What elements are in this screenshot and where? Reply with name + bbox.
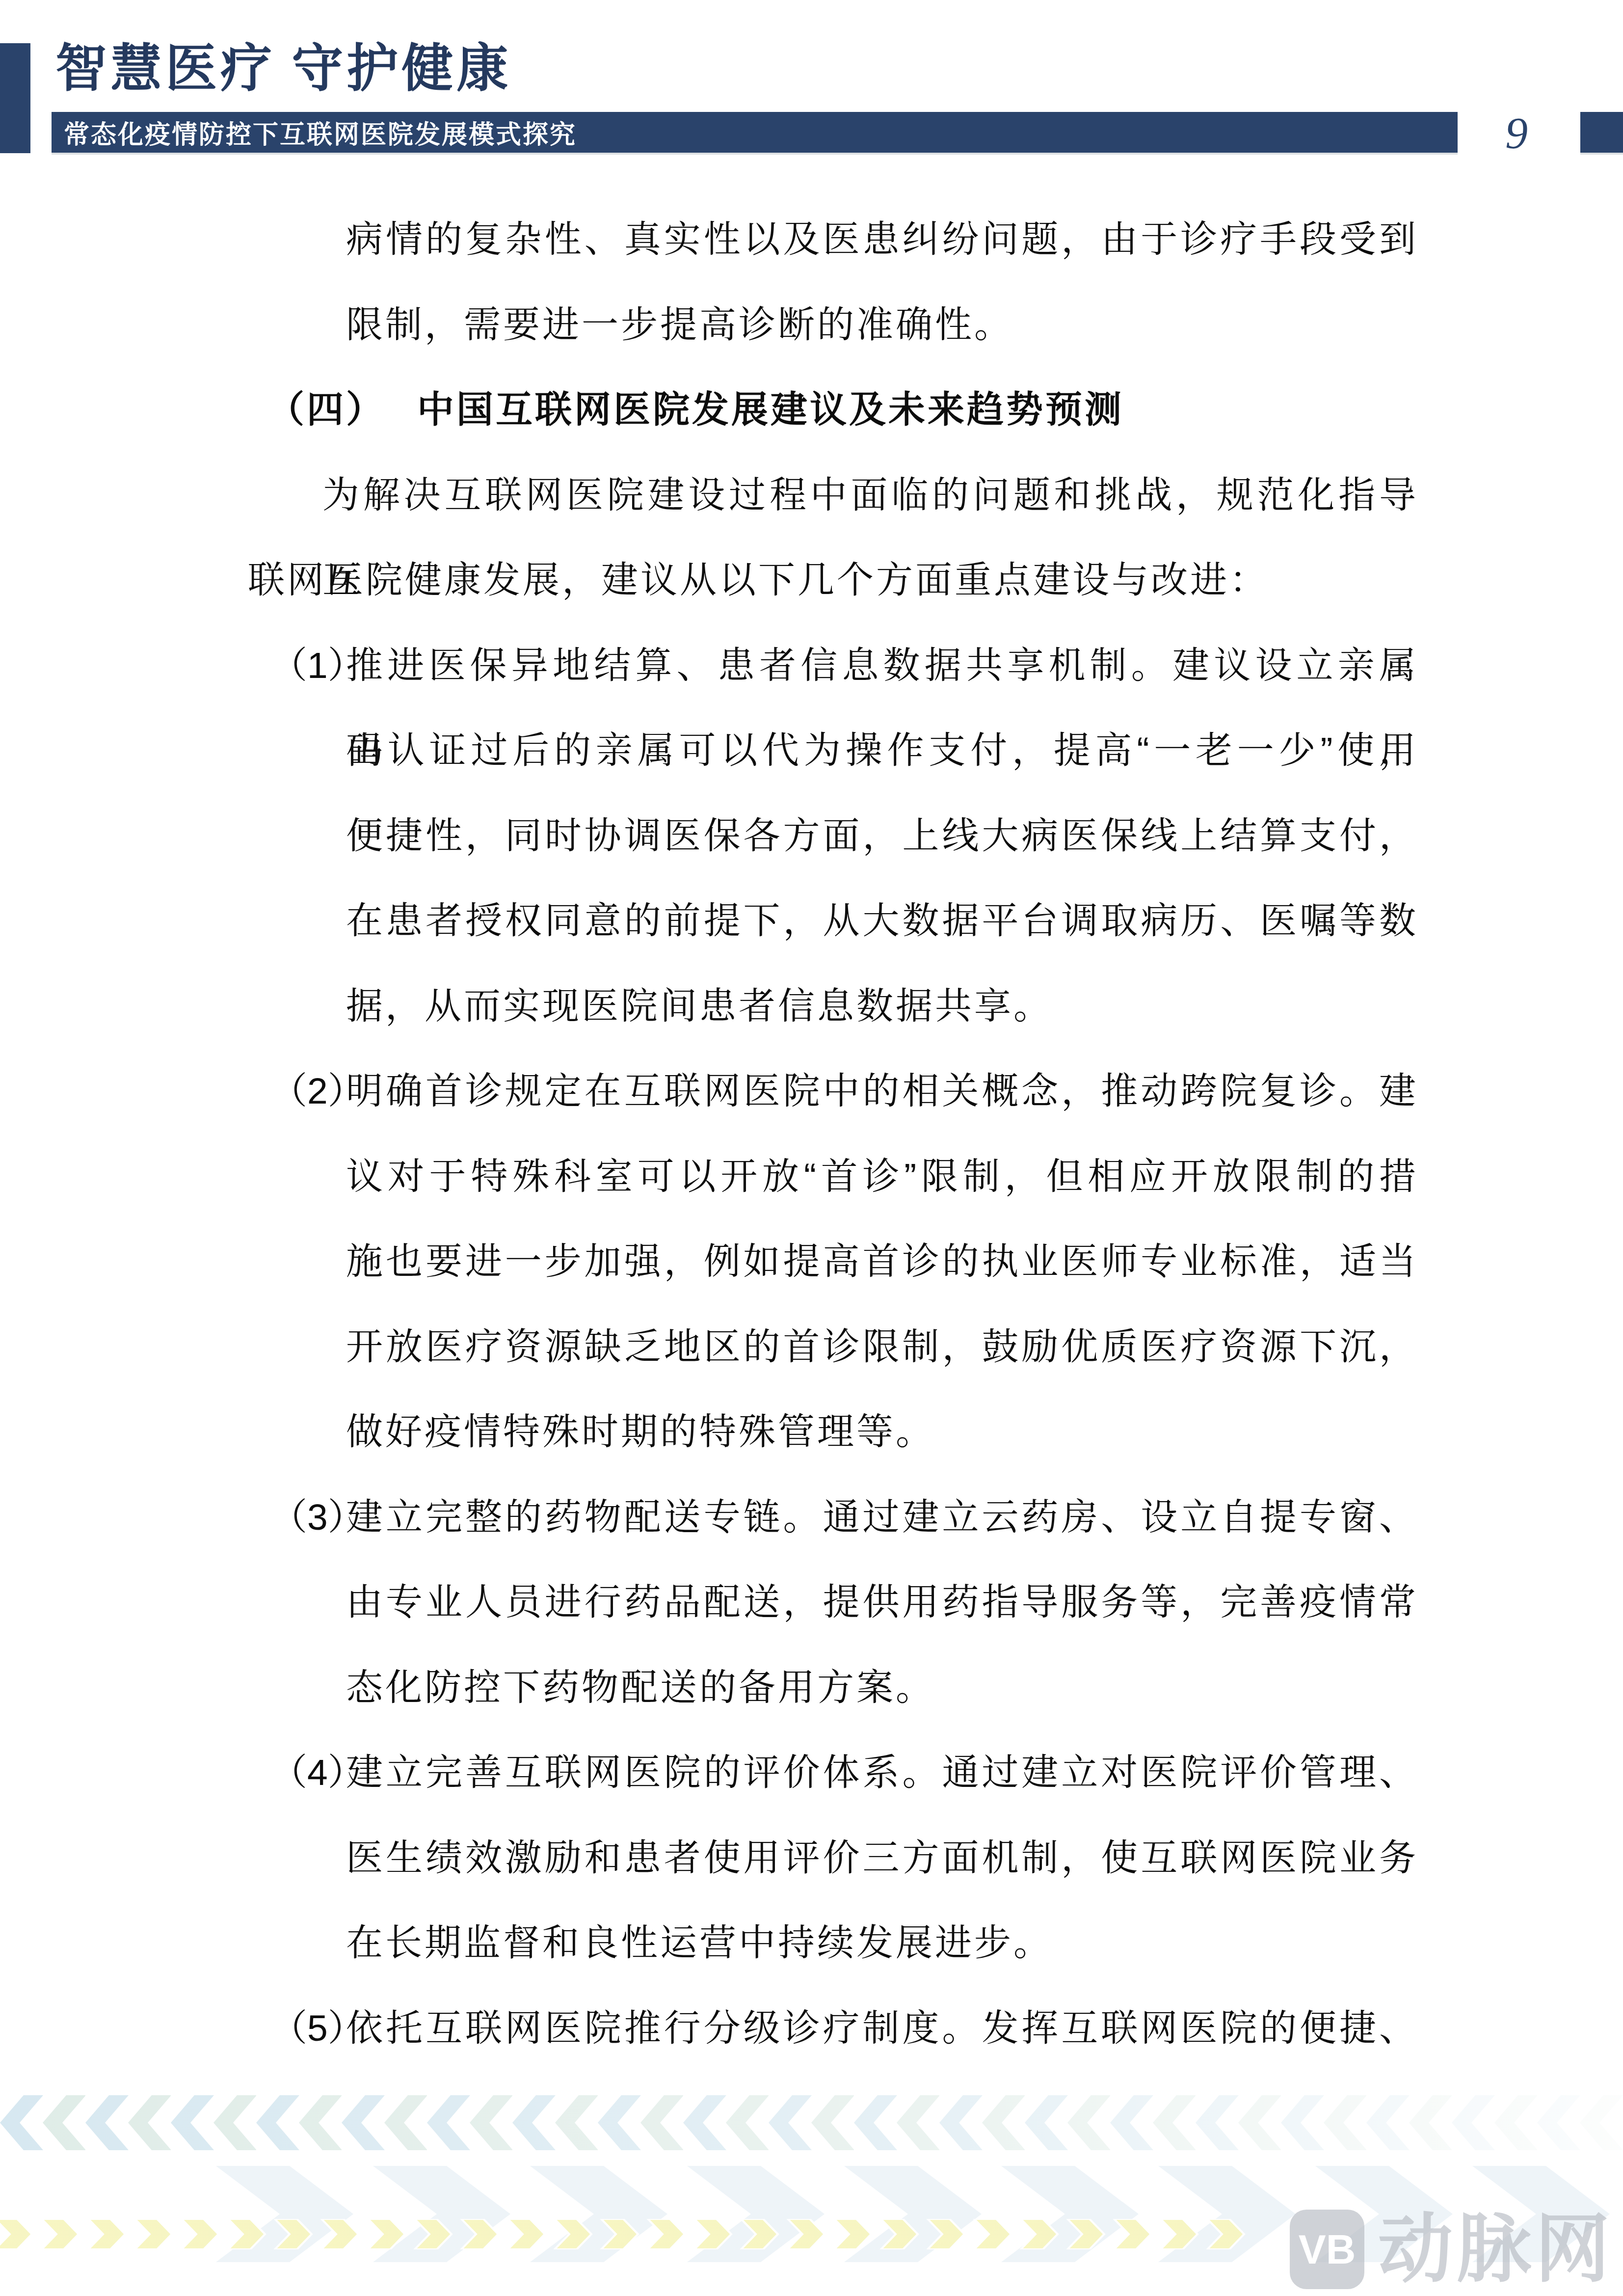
body-line: 医生绩效激励和患者使用评价三方面机制，使互联网医院业务 [248,1815,1418,1901]
header-right-block [1580,112,1623,153]
list-item-marker: （1） [270,623,365,708]
list-item: （5） 依托互联网医院推行分级诊疗制度。发挥互联网医院的便捷、 [248,1986,1418,2071]
list-item-text: 建立完整的药物配送专链。通过建立云药房、设立自提专窗、 [346,1475,1418,1560]
body-line: 限制，需要进一步提高诊断的准确性。 [248,282,1418,368]
watermark-text: 动脉网 [1378,2210,1614,2289]
list-item-marker: （4） [270,1730,365,1815]
section-heading-text: 中国互联网医院发展建议及未来趋势预测 [417,367,1124,453]
list-item: （2） 明确首诊规定在互联网医院中的相关概念，推动跨院复诊。建 [248,1049,1418,1134]
body-line: 便捷性，同时协调医保各方面，上线大病医保线上结算支付， [248,793,1418,879]
list-item: （4） 建立完善互联网医院的评价体系。通过建立对医院评价管理、 [248,1730,1418,1815]
footer-chevron-band-top [0,2095,1623,2150]
body-line: 施也要进一步加强，例如提高首诊的执业医师专业标准，适当 [248,1219,1418,1304]
page-number: 9 [1492,111,1541,155]
list-item: （1） 推进医保异地结算、患者信息数据共享机制。建议设立亲属码， [248,623,1418,708]
body-line: 在患者授权同意的前提下，从大数据平台调取病历、医嘱等数 [248,878,1418,964]
section-heading-marker: （四） [267,367,385,453]
body-line: 开放医疗资源缺乏地区的首诊限制，鼓励优质医疗资源下沉， [248,1304,1418,1390]
list-item-text: 推进医保异地结算、患者信息数据共享机制。建议设立亲属码， [346,623,1418,793]
list-item-marker: （3） [270,1475,365,1560]
list-item-marker: （2） [270,1049,365,1134]
page-title: 智慧医疗 守护健康 [55,42,511,95]
subtitle-bar: 常态化疫情防控下互联网医院发展模式探究 [52,112,1458,153]
header-accent-bar [0,43,30,153]
body-line: 态化防控下药物配送的备用方案。 [248,1645,1418,1730]
list-item-text: 明确首诊规定在互联网医院中的相关概念，推动跨院复诊。建 [346,1049,1418,1134]
body-line: 做好疫情特殊时期的特殊管理等。 [248,1389,1418,1475]
body-line: 议对于特殊科室可以开放“首诊”限制，但相应开放限制的措 [248,1134,1418,1219]
watermark: VB 动脉网 [1290,2207,1614,2292]
body-line: 病情的复杂性、真实性以及医患纠纷问题，由于诊疗手段受到 [248,197,1418,282]
list-item-marker: （5） [270,1986,365,2071]
subtitle-text: 常态化疫情防控下互联网医院发展模式探究 [52,114,577,151]
document-body: 病情的复杂性、真实性以及医患纠纷问题，由于诊疗手段受到 限制，需要进一步提高诊断… [248,197,1418,2071]
body-line: 在长期监督和良性运营中持续发展进步。 [248,1900,1418,1986]
body-line: 为解决互联网医院建设过程中面临的问题和挑战，规范化指导互 [248,453,1418,538]
section-heading: （四） 中国互联网医院发展建议及未来趋势预测 [248,367,1418,453]
body-line: 由专业人员进行药品配送，提供用药指导服务等，完善疫情常 [248,1560,1418,1645]
list-item-text: 建立完善互联网医院的评价体系。通过建立对医院评价管理、 [346,1730,1418,1815]
body-line: 联网医院健康发展，建议从以下几个方面重点建设与改进： [248,538,1418,623]
list-item-text: 依托互联网医院推行分级诊疗制度。发挥互联网医院的便捷、 [346,1986,1418,2071]
report-page: { "header": { "title": "智慧医疗 守护健康", "sub… [0,0,1623,2296]
list-item: （3） 建立完整的药物配送专链。通过建立云药房、设立自提专窗、 [248,1475,1418,1560]
body-line: 据，从而实现医院间患者信息数据共享。 [248,964,1418,1049]
watermark-logo-icon: VB [1290,2210,1364,2289]
